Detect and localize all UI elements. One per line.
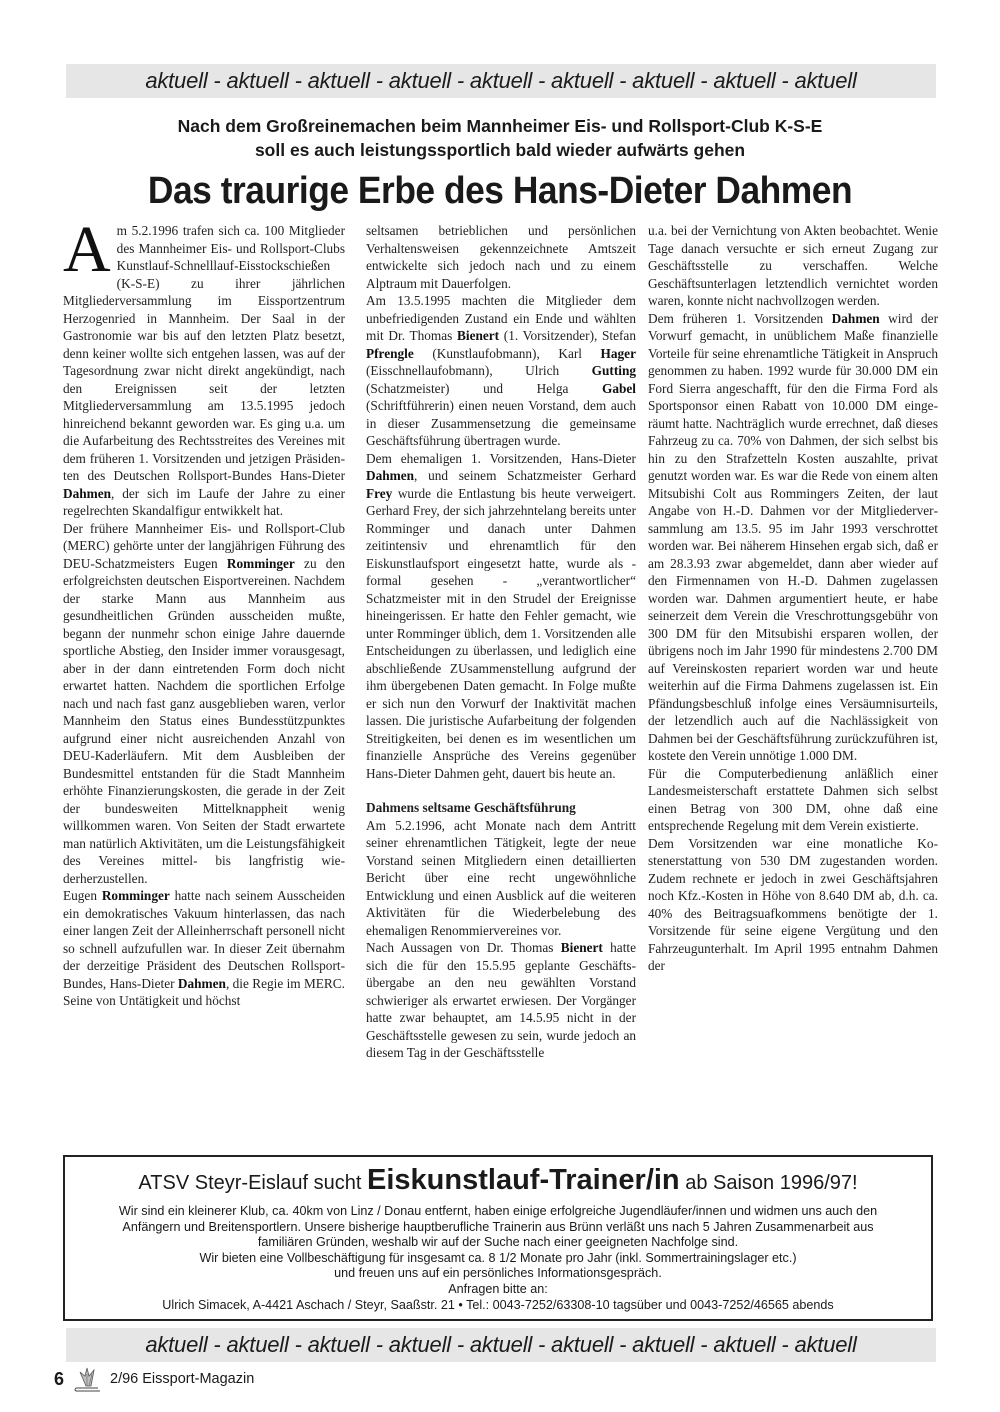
bold-name: Hager <box>601 346 636 361</box>
ad-body: Wir sind ein kleinerer Klub, ca. 40km vo… <box>65 1204 931 1313</box>
section-heading: Dahmens seltsame Geschäftsführung <box>366 799 636 817</box>
bold-name: Dahmen <box>63 486 111 501</box>
paragraph: Eugen Romminger hatte nach seinem Aus­sc… <box>63 887 345 1010</box>
ad-title: ATSV Steyr-Eislauf sucht Eiskunstlauf-Tr… <box>65 1163 931 1202</box>
bold-name: Dahmen <box>832 311 880 326</box>
bold-name: Frey <box>366 486 392 501</box>
aktuell-band-bottom: aktuell - aktuell - aktuell - aktuell - … <box>66 1328 936 1362</box>
paragraph: seltsamen betrieblichen und persönlichen… <box>366 222 636 292</box>
paragraph: Am 13.5.1995 machten die Mitglieder dem … <box>366 292 636 450</box>
text: Nach Aussagen von Dr. Thomas <box>366 940 561 955</box>
text: hat­te sich die für den 15.5.95 geplante… <box>366 940 636 1060</box>
bold-name: Dahmen <box>178 976 226 991</box>
bold-name: Romminger <box>227 556 295 571</box>
text: (1. Vorsitzen­der), Stefan <box>499 328 636 343</box>
aktuell-band-top: aktuell - aktuell - aktuell - aktuell - … <box>66 64 936 98</box>
skater-logo-icon <box>70 1366 106 1392</box>
bold-name: Gutting <box>592 363 636 378</box>
text: (Kunstlaufobmann), Karl <box>414 346 601 361</box>
page-footer: 6 2/96 Eissport-Magazin <box>54 1366 254 1392</box>
bold-name: Bienert <box>561 940 603 955</box>
text: Dem früheren 1. Vorsitzenden <box>648 311 832 326</box>
subhead-line-2: soll es auch leistungssportlich bald wie… <box>60 138 940 162</box>
bold-name: Romminger <box>102 888 170 903</box>
bold-name: Gabel <box>602 381 636 396</box>
ad-line: Wir sind ein kleinerer Klub, ca. 40km vo… <box>79 1204 917 1220</box>
text: (Schatzmeister) und Helga <box>366 381 602 396</box>
text: Eugen <box>63 888 102 903</box>
ad-line: familiären Gründen, weshalb wir auf der … <box>79 1235 917 1251</box>
text: wird der Vorwurf gemacht, in unüblichem … <box>648 311 938 764</box>
article-headline: Das traurige Erbe des Hans-Dieter Dahmen <box>91 166 909 216</box>
paragraph: Am 5.2.1996, acht Monate nach dem Antrit… <box>366 817 636 940</box>
paragraph: Dem Vorsitzenden war eine monatliche Ko­… <box>648 835 938 975</box>
drop-cap: A <box>63 224 111 276</box>
publication-name: 2/96 Eissport-Magazin <box>110 1371 254 1387</box>
text: wurde die Entlastung bis heute verweiger… <box>366 486 636 781</box>
article-subheadline: Nach dem Großreinemachen beim Mannheimer… <box>60 114 940 162</box>
article-column-1: Am 5.2.1996 trafen sich ca. 100 Mitglied… <box>63 222 345 1010</box>
ad-line: Anfragen bitte an: <box>79 1282 917 1298</box>
ad-title-club: ATSV Steyr-Eislauf sucht <box>138 1172 367 1194</box>
text: (Eisschnellaufobmann), Ulrich <box>366 363 592 378</box>
paragraph: Dem früheren 1. Vorsitzenden Dahmen wird… <box>648 310 938 765</box>
bold-name: Bienert <box>457 328 499 343</box>
ad-title-position: Eiskunstlauf-Trainer/in <box>367 1164 680 1196</box>
bold-name: Dahmen <box>366 468 414 483</box>
paragraph: u.a. bei der Vernichtung von Akten beoba… <box>648 222 938 310</box>
ad-contact-line: Ulrich Simacek, A-4421 Aschach / Steyr, … <box>79 1298 917 1314</box>
bold-name: Pfrengle <box>366 346 414 361</box>
paragraph: Für die Computerbedienung anläßlich eine… <box>648 765 938 835</box>
text: , und seinem Schatzmeister Ger­hard <box>414 468 636 483</box>
page-number: 6 <box>54 1369 64 1390</box>
ad-title-season: ab Saison 1996/97! <box>680 1172 858 1194</box>
text: Dem ehemaligen 1. Vorsitzenden, Hans-Die… <box>366 451 636 466</box>
job-advertisement-box: ATSV Steyr-Eislauf sucht Eiskunstlauf-Tr… <box>63 1155 933 1321</box>
paragraph: Dem ehemaligen 1. Vorsitzenden, Hans-Die… <box>366 450 636 783</box>
ad-line: Anfängern und Breitensportlern. Unsere b… <box>79 1220 917 1236</box>
text: zu den erfolgreichsten deutschen Eisport… <box>63 556 345 886</box>
ad-line: Wir bieten eine Vollbeschäftigung für in… <box>79 1251 917 1267</box>
paragraph: Am 5.2.1996 trafen sich ca. 100 Mitglied… <box>63 222 345 520</box>
article-column-2: seltsamen betrieblichen und persönlichen… <box>366 222 636 1062</box>
article-column-3: u.a. bei der Vernichtung von Akten beoba… <box>648 222 938 975</box>
paragraph: Nach Aussagen von Dr. Thomas Bienert hat… <box>366 939 636 1062</box>
ad-line: und freuen uns auf ein persönliches Info… <box>79 1266 917 1282</box>
text: (Schriftführerin) einen neuen Vorstand, … <box>366 398 636 448</box>
paragraph: Der frühere Mannheimer Eis- und Rollspor… <box>63 520 345 888</box>
subhead-line-1: Nach dem Großreinemachen beim Mannheimer… <box>60 114 940 138</box>
